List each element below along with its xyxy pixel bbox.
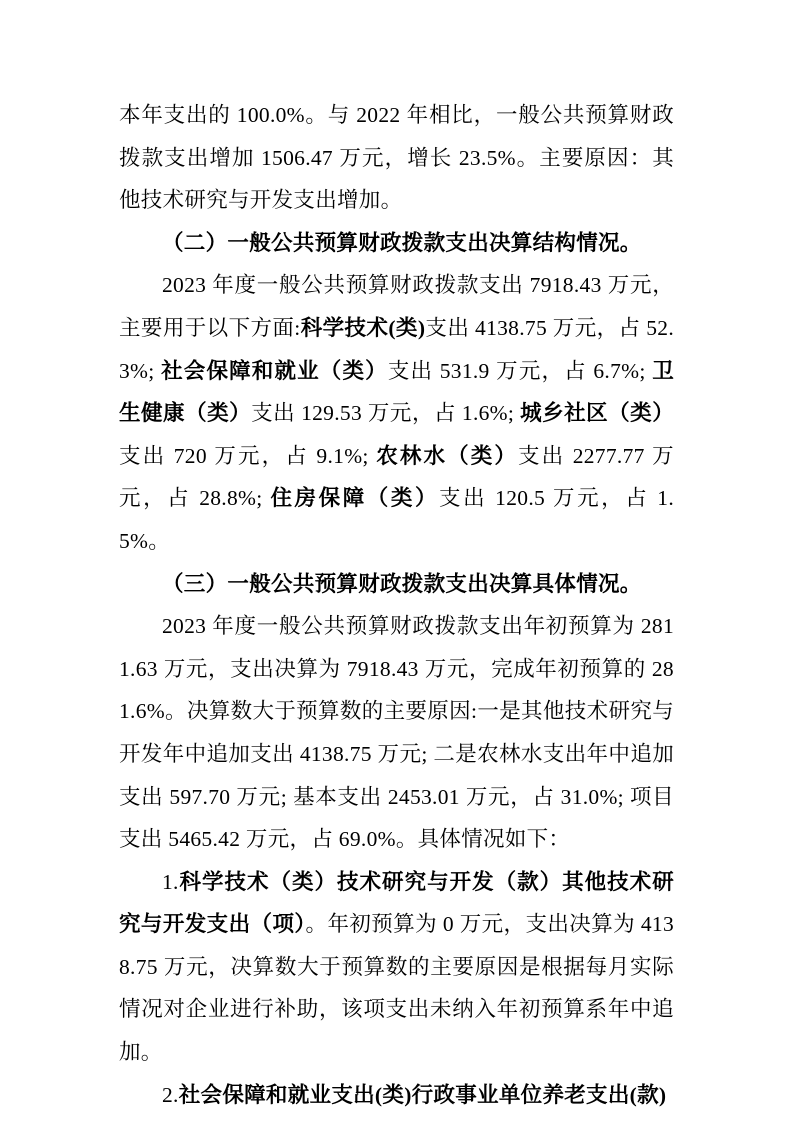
- text-run: 支出 720 万元，占 9.1%;: [119, 444, 376, 468]
- item-2-social-security: 2.社会保障和就业支出(类)行政事业单位养老支出(款): [119, 1074, 674, 1117]
- paragraph-specific-detail: 2023 年度一般公共预算财政拨款支出年初预算为 2811.63 万元，支出决算…: [119, 605, 674, 861]
- section-heading-2: （二）一般公共预算财政拨款支出决算结构情况。: [119, 222, 674, 265]
- text-run: 支出 129.53 万元，占 1.6%;: [251, 401, 520, 425]
- item-1-science-technology: 1.科学技术（类）技术研究与开发（款）其他技术研究与开发支出（项）。年初预算为 …: [119, 861, 674, 1074]
- bold-text-run: 社会保障和就业支出(类)行政事业单位养老支出(款): [179, 1083, 667, 1107]
- document-page: 本年支出的 100.0%。与 2022 年相比，一般公共预算财政拨款支出增加 1…: [0, 0, 793, 1122]
- bold-text-run: 城乡社区（类）: [520, 401, 674, 425]
- text-run: 支出 531.9 万元，占 6.7%;: [388, 359, 652, 383]
- paragraph-continuation: 本年支出的 100.0%。与 2022 年相比，一般公共预算财政拨款支出增加 1…: [119, 94, 674, 222]
- text-run: 2023 年度一般公共预算财政拨款支出年初预算为 2811.63 万元，支出决算…: [119, 614, 674, 851]
- bold-text-run: 农林水（类）: [376, 444, 518, 468]
- bold-text-run: 社会保障和就业（类）: [161, 359, 388, 383]
- text-run: 2.: [162, 1083, 179, 1107]
- bold-text-run: （二）一般公共预算财政拨款支出决算结构情况。: [162, 231, 642, 255]
- paragraph-structure-detail: 2023 年度一般公共预算财政拨款支出 7918.43 万元，主要用于以下方面:…: [119, 264, 674, 562]
- bold-text-run: 科学技术(类): [301, 316, 426, 340]
- text-run: 1.: [162, 870, 179, 894]
- document-body: 本年支出的 100.0%。与 2022 年相比，一般公共预算财政拨款支出增加 1…: [119, 94, 674, 1116]
- bold-text-run: （三）一般公共预算财政拨款支出决算具体情况。: [162, 572, 642, 596]
- bold-text-run: 住房保障（类）: [270, 486, 439, 510]
- section-heading-3: （三）一般公共预算财政拨款支出决算具体情况。: [119, 563, 674, 606]
- text-run: 本年支出的 100.0%。与 2022 年相比，一般公共预算财政拨款支出增加 1…: [119, 103, 674, 212]
